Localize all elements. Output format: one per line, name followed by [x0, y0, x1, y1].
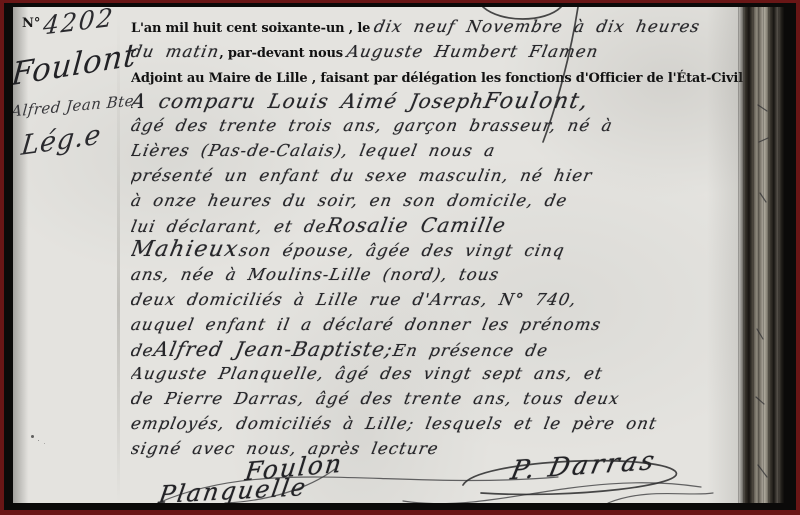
margin-surname: Foulont — [13, 37, 138, 94]
handwritten-text: Auguste Planquelle, âgé des vingt sept a… — [131, 362, 605, 387]
registry-page: N° 4202 Foulont Alfred Jean Bte Lég.e L'… — [13, 7, 784, 503]
screenshot-root: { "colors": { "frame_red": "#691616", "f… — [0, 0, 800, 515]
act-line-4: A comparu Louis Aimé Joseph Foulont, — [131, 89, 746, 114]
act-line-7: présenté un enfant du sexe masculin, né … — [131, 164, 746, 189]
act-line-3: Adjoint au Maire de Lille , faisant par … — [131, 65, 746, 90]
handwritten-text: à onze heures du soir, en son domicile, … — [131, 189, 570, 214]
act-text-block: L'an mil huit cent soixante-un , le dix … — [131, 15, 746, 467]
scan-black-frame: N° 4202 Foulont Alfred Jean Bte Lég.e L'… — [4, 3, 796, 510]
act-line-1: L'an mil huit cent soixante-un , le dix … — [131, 15, 746, 40]
handwritten-text: dix neuf Novembre à dix heures — [372, 15, 703, 40]
printed-text: , par-devant nous — [219, 46, 347, 61]
act-number-label: N° — [22, 16, 40, 31]
handwritten-text: du matin — [131, 40, 222, 65]
handwritten-text: Mahieux — [131, 238, 241, 263]
handwritten-text: présenté un enfant du sexe masculin, né … — [131, 164, 595, 189]
act-number: 4202 — [42, 7, 116, 41]
flourish-swoosh-3 — [608, 493, 713, 503]
handwritten-text: de Pierre Darras, âgé des trente ans, to… — [131, 387, 622, 412]
act-line-12: deux domiciliés à Lille rue d'Arras, N° … — [131, 288, 746, 313]
handwritten-text: Alfred Jean-Baptiste; — [151, 337, 395, 362]
margin-legitimacy-note: Lég.e — [20, 119, 103, 162]
handwritten-text: auquel enfant il a déclaré donner les pr… — [131, 313, 603, 338]
handwritten-text: A comparu Louis Aimé Joseph — [131, 89, 487, 114]
handwritten-text: En présence de — [390, 339, 550, 364]
printed-text: Adjoint au Maire de Lille , faisant par … — [131, 71, 746, 86]
act-line-9: lui déclarant, et de Rosalie Camille — [131, 213, 746, 238]
act-line-6: Lières (Pas-de-Calais), lequel nous a — [131, 139, 746, 164]
handwritten-text: Lières (Pas-de-Calais), lequel nous a — [131, 139, 498, 164]
printed-text: L'an mil huit cent soixante-un , le — [131, 21, 374, 36]
handwritten-text: Auguste Humbert Flamen — [345, 40, 601, 65]
act-line-16: de Pierre Darras, âgé des trente ans, to… — [131, 387, 746, 412]
act-line-14: de Alfred Jean-Baptiste; En présence de — [131, 337, 746, 362]
flourish-swoosh-2 — [403, 483, 701, 503]
act-line-15: Auguste Planquelle, âgé des vingt sept a… — [131, 362, 746, 387]
act-line-11: ans, née à Moulins-Lille (nord), tous — [131, 263, 746, 288]
act-line-10: Mahieux son épouse, âgée des vingt cinq — [131, 238, 746, 263]
act-line-5: âgé des trente trois ans, garçon brasseu… — [131, 114, 746, 139]
handwritten-text: âgé des trente trois ans, garçon brasseu… — [131, 114, 615, 139]
handwritten-text: ans, née à Moulins-Lille (nord), tous — [131, 263, 502, 288]
act-line-8: à onze heures du soir, en son domicile, … — [131, 189, 746, 214]
signature-planquelle: Planquelle — [157, 473, 309, 503]
act-line-13: auquel enfant il a déclaré donner les pr… — [131, 313, 746, 338]
handwritten-text: deux domiciliés à Lille rue d'Arras, N° … — [131, 288, 579, 313]
act-line-2: du matin, par-devant nous Auguste Humber… — [131, 40, 746, 65]
margin-given-names: Alfred Jean Bte — [13, 92, 135, 121]
act-line-17: employés, domiciliés à Lille; lesquels e… — [131, 412, 746, 437]
handwritten-text: employés, domiciliés à Lille; lesquels e… — [131, 412, 659, 437]
handwritten-text: son épouse, âgée des vingt cinq — [236, 239, 566, 264]
act-margin-column: N° 4202 Foulont Alfred Jean Bte Lég.e — [13, 7, 131, 503]
handwritten-text: Rosalie Camille — [324, 213, 508, 238]
handwritten-text: Foulont, — [482, 90, 591, 115]
book-binding-edge — [738, 7, 784, 503]
